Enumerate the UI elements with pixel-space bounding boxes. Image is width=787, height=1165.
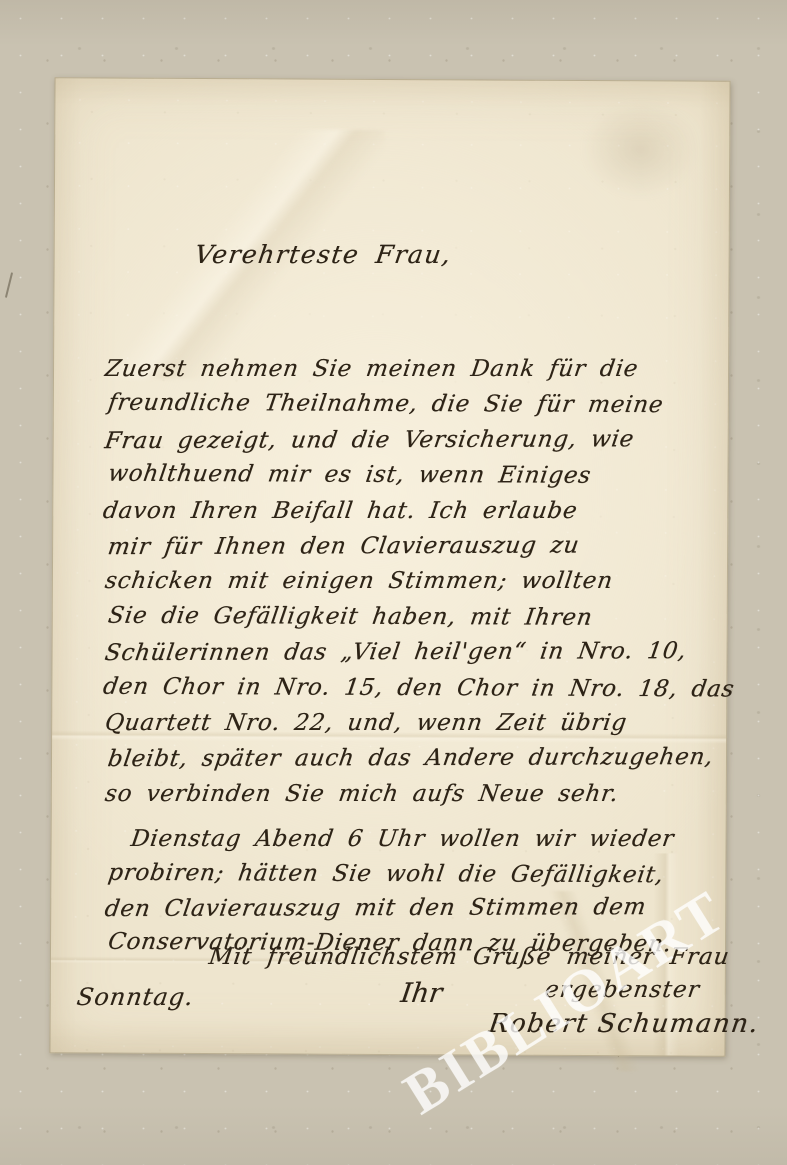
handwriting-line: probiren; hätten Sie wohl die Gefälligke… xyxy=(106,855,677,892)
handwriting-line: den Clavierauszug mit den Stimmen dem xyxy=(102,890,676,926)
signature-robert-schumann: Robert Schumann. xyxy=(487,1009,761,1039)
handwriting-line: Dienstag Abend 6 Uhr wollen wir wieder xyxy=(103,822,677,857)
handwriting-line: Sie die Gefälligkeit haben, mit Ihren xyxy=(106,598,737,636)
paper-fiber-speck xyxy=(5,272,13,298)
handwriting-line: wohlthuend mir es ist, wenn Einiges xyxy=(106,457,737,495)
handwriting-line: freundliche Theilnahme, die Sie für mein… xyxy=(106,386,737,424)
letter-sheet: Verehrteste Frau, Zuerst nehmen Sie mein… xyxy=(49,77,730,1057)
scanned-letter-page: { "colors": { "board": "#c9c2b1", "paper… xyxy=(0,0,787,1165)
handwriting-line: den Chor in Nro. 15, den Chor in Nro. 18… xyxy=(101,669,737,707)
closing-pronoun: Ihr xyxy=(399,978,444,1009)
letter-body-paragraph-2: Dienstag Abend 6 Uhr wollen wir wiederpr… xyxy=(105,822,674,960)
salutation-line: Verehrteste Frau, xyxy=(193,240,454,269)
handwriting-line: Frau gezeigt, und die Versicherung, wie xyxy=(102,422,737,460)
backing-board: Verehrteste Frau, Zuerst nehmen Sie mein… xyxy=(0,0,787,1165)
valediction-line: ergebenster xyxy=(543,977,702,1003)
handwriting-line: Schülerinnen das „Viel heil'gen“ in Nro.… xyxy=(102,634,737,672)
handwriting-line: so verbinden Sie mich aufs Neue sehr. xyxy=(103,777,737,812)
handwriting-line: bleibt, später auch das Andere durchzuge… xyxy=(105,740,737,778)
handwriting-line: mir für Ihnen den Clavierauszug zu xyxy=(105,528,737,566)
handwritten-text-layer: Verehrteste Frau, Zuerst nehmen Sie mein… xyxy=(53,80,727,1054)
handwriting-line: davon Ihren Beifall hat. Ich erlaube xyxy=(101,494,737,529)
date-note: Sonntag. xyxy=(75,983,196,1011)
handwriting-line: schicken mit einigen Stimmen; wollten xyxy=(103,564,737,599)
letter-body-paragraph-1: Zuerst nehmen Sie meinen Dank für diefre… xyxy=(105,352,734,812)
handwriting-line: Zuerst nehmen Sie meinen Dank für die xyxy=(103,352,737,387)
closing-line: Mit freundlichstem Gruße meiner Frau xyxy=(207,944,731,970)
handwriting-line: Quartett Nro. 22, und, wenn Zeit übrig xyxy=(103,706,737,741)
